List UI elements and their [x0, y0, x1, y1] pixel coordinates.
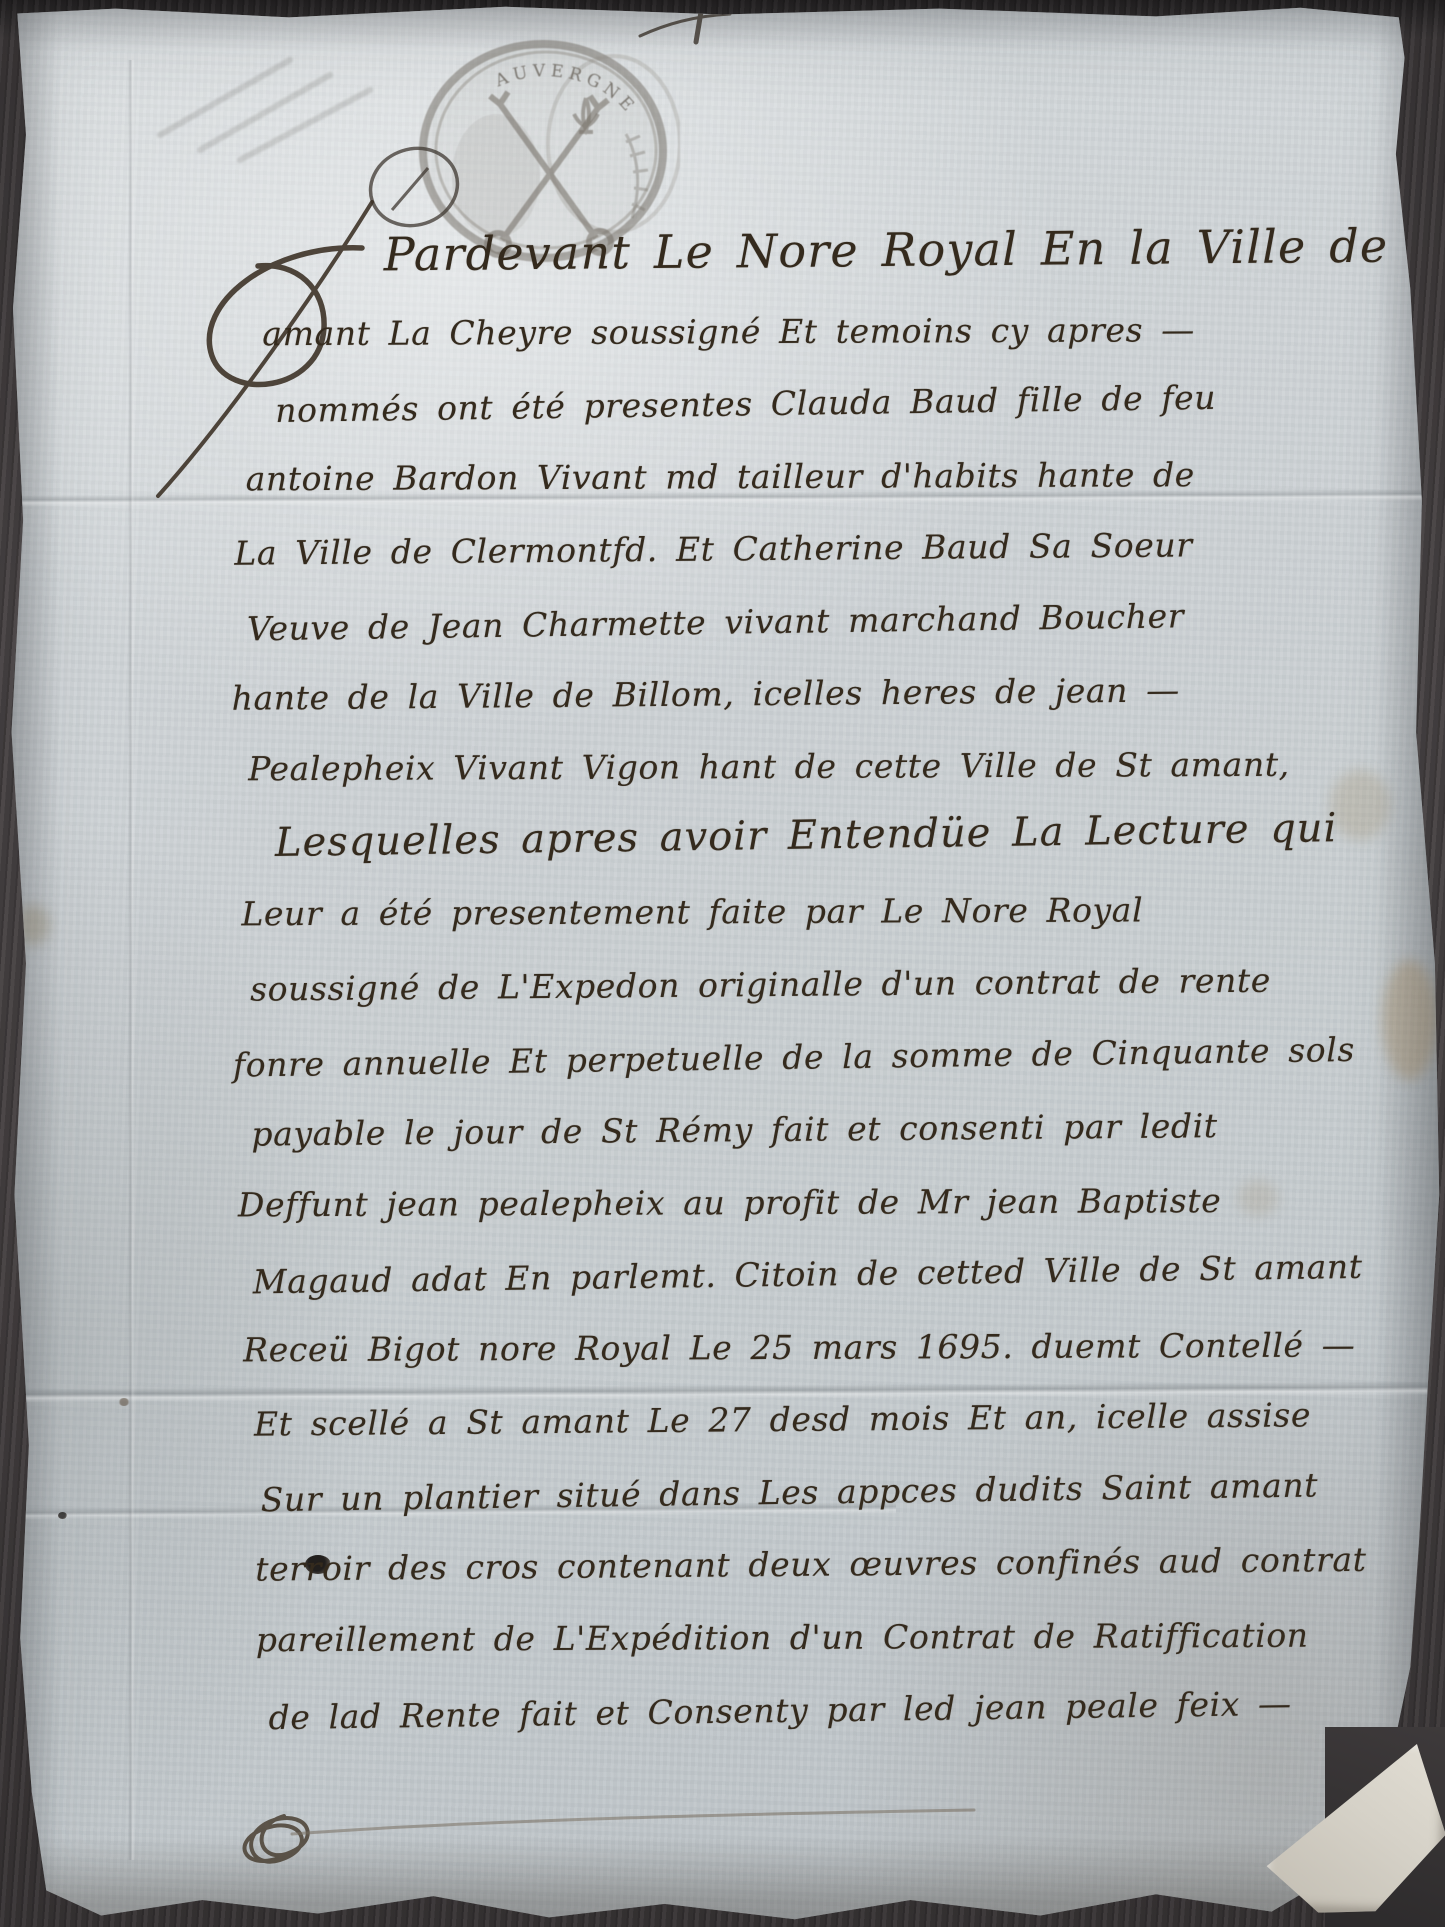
manuscript-line: fonre annuelle Et perpetuelle de la somm…: [172, 995, 1383, 1084]
worm-hole: [58, 1512, 67, 1519]
svg-text:AUVERGNE: AUVERGNE: [492, 61, 641, 119]
manuscript-line: Pardevant Le Nore Royal En la Ville de S…: [165, 200, 1376, 283]
manuscript-line: de lad Rente fait et Consenty par led je…: [178, 1648, 1389, 1737]
foxing-stain: [16, 905, 50, 945]
manuscript-line: Leur a été presentement faite par Le Nor…: [171, 856, 1381, 934]
manuscript-line: soussigné de L'Expedon originalle d'un c…: [172, 926, 1383, 1009]
scribble-flourish: [222, 1762, 1002, 1882]
fleur-de-lis-icon: [574, 98, 598, 132]
show-through-marks: [140, 40, 560, 170]
stamp-region-text: AUVERGNE: [492, 61, 641, 119]
manuscript-line: Magaud adat En parlemt. Citoin de cetted…: [174, 1213, 1385, 1302]
manuscript-line: hante de la Ville de Billom, icelles her…: [169, 635, 1380, 718]
manuscript-line: nommés ont été presentes Clauda Baud fil…: [166, 342, 1377, 431]
manuscript-line: Et scellé a St amant Le 27 desd mois Et …: [176, 1361, 1387, 1444]
manuscript-line: amant La Cheyre soussigné Et temoins cy …: [166, 275, 1376, 353]
manuscript-line: pareillement de L'Expédition d'un Contra…: [178, 1582, 1388, 1660]
manuscript-line: Sur un plantier situé dans Les appces du…: [176, 1431, 1387, 1520]
manuscript-line: Pealepheix Vivant Vigon hant de cette Vi…: [170, 711, 1380, 789]
fold-crease: [128, 60, 135, 1860]
manuscript-line: La Ville de Clermontfd. Et Catherine Bau…: [168, 490, 1379, 573]
manuscript-line: Deffunt jean pealepheix au profit de Mr …: [174, 1146, 1384, 1224]
manuscript-line: payable le jour de St Rémy fait et conse…: [173, 1071, 1384, 1154]
manuscript-line: Lesquelles apres avoir Entendüe La Lectu…: [170, 777, 1381, 866]
photographed-manuscript: AUVERGNE: [0, 0, 1445, 1927]
cross-mark: [636, 2, 736, 48]
manuscript-line: antoine Bardon Vivant md tailleur d'habi…: [167, 420, 1377, 498]
manuscript-line: Veuve de Jean Charmette vivant marchand …: [168, 560, 1379, 649]
manuscript-text: Pardevant Le Nore Royal En la Ville de S…: [165, 200, 1388, 1735]
foxing-stain: [1382, 960, 1437, 1080]
manuscript-line: Receü Bigot nore Royal Le 25 mars 1695. …: [175, 1291, 1385, 1369]
ink-spot: [118, 1398, 130, 1406]
paper-sheet: AUVERGNE: [0, 0, 1445, 1927]
manuscript-line: terroir des cros contenant deux œuvres c…: [177, 1506, 1388, 1589]
